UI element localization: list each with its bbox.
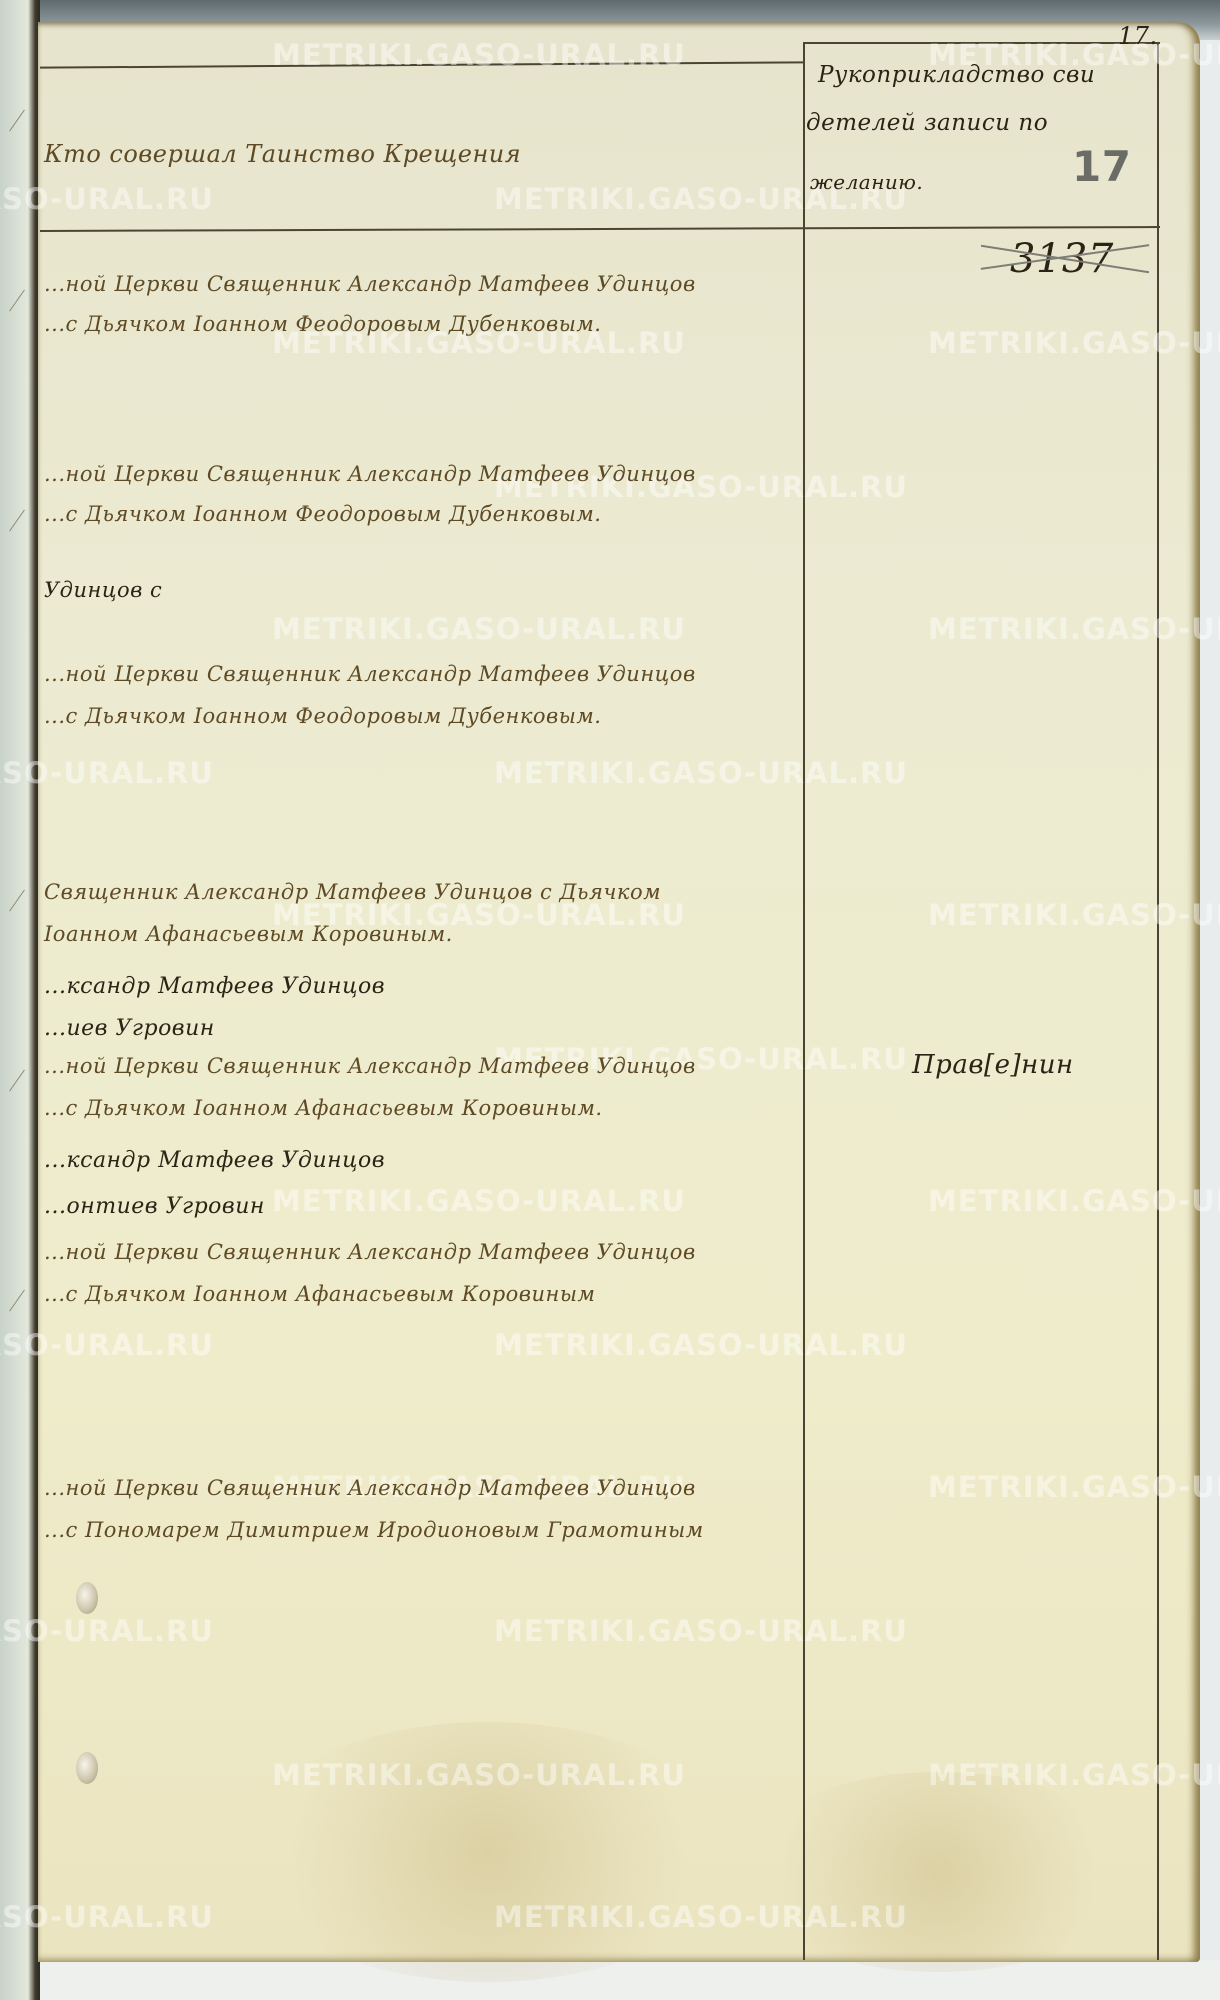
witness-signature: Прав[е]нин	[912, 1050, 1074, 1080]
page-number-pencil: 17	[1072, 142, 1131, 191]
entry-1-line-2: ...с Дьячком Іоанном Феодоровым Дубенков…	[44, 312, 601, 336]
entry-9-line-1: ...ной Церкви Священник Александр Матфее…	[44, 1240, 696, 1264]
margin-mark	[9, 290, 25, 312]
column-divider	[803, 42, 805, 1960]
margin-mark	[9, 510, 25, 532]
binding-hole	[76, 1582, 98, 1614]
binding-hole	[76, 1752, 98, 1784]
entry-7-line-2: ...с Дьячком Іоанном Афанасьевым Коровин…	[44, 1096, 603, 1120]
right-column-title-line2: детелей записи по	[806, 110, 1048, 136]
margin-mark	[9, 1070, 25, 1092]
entry-5-line-1: Священник Александр Матфеев Удинцов с Дь…	[44, 880, 661, 904]
page-number-ink: 17.	[1118, 22, 1158, 50]
entry-1-line-1: ...ной Церкви Священник Александр Матфее…	[44, 272, 696, 296]
entry-7-line-1: ...ной Церкви Священник Александр Матфее…	[44, 1054, 696, 1078]
entry-10-line-2: ...с Пономарем Димитрием Иродионовым Гра…	[44, 1518, 704, 1542]
right-margin-rule	[1157, 42, 1159, 1960]
left-column-title: Кто совершал Таинство Крещения	[44, 140, 521, 168]
margin-mark	[9, 110, 25, 132]
right-column-title-line1: Рукоприкладство сви	[818, 62, 1095, 88]
adjacent-page-edge	[0, 0, 40, 2000]
margin-mark	[9, 890, 25, 912]
entry-10-line-1: ...ной Церкви Священник Александр Матфее…	[44, 1476, 696, 1500]
entry-4-line-1: ...ной Церкви Священник Александр Матфее…	[44, 662, 696, 686]
scan-background-bottom	[0, 1960, 1220, 2000]
entry-2-line-2: ...с Дьячком Іоанном Феодоровым Дубенков…	[44, 502, 601, 526]
entry-2-line-1: ...ной Церкви Священник Александр Матфее…	[44, 462, 696, 486]
entry-9-line-2: ...с Дьячком Іоанном Афанасьевым Коровин…	[44, 1282, 595, 1306]
water-stain	[738, 1772, 1138, 1972]
margin-mark	[9, 1290, 25, 1312]
water-stain	[238, 1722, 738, 1982]
entry-8-line-2: ...онтиев Угровин	[44, 1194, 265, 1219]
right-column-title-line3: желанию.	[810, 170, 923, 194]
header-top-rule-right	[803, 42, 1160, 44]
entry-6-line-1: ...ксандр Матфеев Удинцов	[44, 974, 385, 999]
entry-5-line-2: Іоанном Афанасьевым Коровиным.	[44, 922, 453, 946]
entry-4-line-2: ...с Дьячком Іоанном Феодоровым Дубенков…	[44, 704, 601, 728]
entry-8-line-1: ...ксандр Матфеев Удинцов	[44, 1148, 385, 1173]
entry-6-line-2: ...иев Угровин	[44, 1016, 215, 1041]
entry-3-line-1: Удинцов с	[44, 578, 162, 602]
